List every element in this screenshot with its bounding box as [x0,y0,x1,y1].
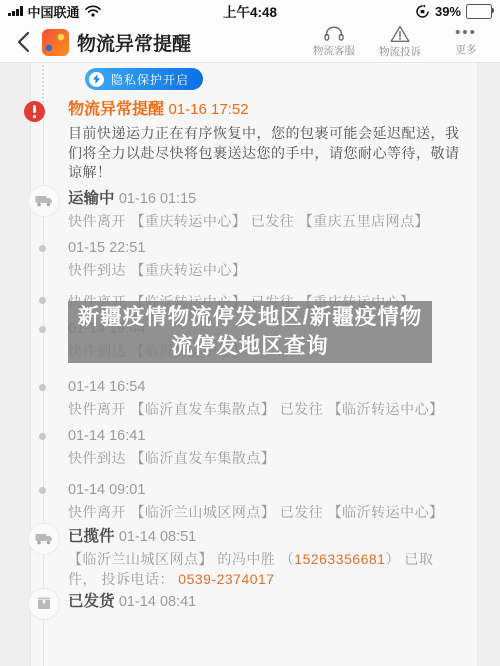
status-time: 01-14 09:01 [68,482,145,498]
back-button[interactable] [10,29,36,55]
status-detail: 快件离开 【重庆转运中心】 已发往 【重庆五里店网点】 [68,211,462,231]
status-time: 01-15 22:51 [68,240,145,256]
app-logo [42,29,69,56]
alert-exclamation-icon [24,101,45,122]
alert-title: 物流异常提醒 [68,101,164,118]
logistics-service-label: 物流客服 [313,43,355,58]
privacy-shield-icon [89,72,104,87]
status-time: 01-16 01:15 [119,191,196,207]
timeline-entry: 01-14 16:54 快件离开 【临沂直发车集散点】 已发往 【临沂转运中心】 [0,377,500,419]
more-icon: ••• [455,25,477,41]
timeline-dot [39,297,46,304]
watermark-line2: 流停发地区查询 [171,332,329,361]
timeline: 运输中 01-16 01:15 快件离开 【重庆转运中心】 已发往 【重庆五里店… [0,189,500,612]
headset-icon [323,25,345,42]
privacy-protection-label: 隐私保护开启 [111,71,189,88]
alert-section: 物流异常提醒 01-16 17:52 目前快递运力正在有序恢复中，您的包裹可能会… [0,99,500,183]
status-time: 01-14 08:51 [119,529,196,545]
status-bar: 中国联通 上午4:48 39% [0,0,500,22]
timeline-entry: 已揽件 01-14 08:51 【临沂兰山城区网点】 的冯中胜 （1526335… [0,527,500,589]
status-detail: 【临沂兰山城区网点】 的冯中胜 （15263356681） 已取件， 投诉电话：… [68,549,462,589]
tracking-content: 隐私保护开启 物流异常提醒 01-16 17:52 目前快递运力正在有序恢复中，… [0,63,500,666]
nav-bar: 物流异常提醒 物流客服 物流投诉 ••• 更多 [0,22,500,63]
alert-message: 目前快递运力正在有序恢复中，您的包裹可能会延迟配送，我们将全力以赴尽快将包裹送达… [68,124,462,183]
timeline-entry: 运输中 01-16 01:15 快件离开 【重庆转运中心】 已发往 【重庆五里店… [0,189,500,231]
timeline-entry: 01-14 16:41 快件到达 【临沂直发车集散点】 [0,426,500,468]
watermark-overlay: 新疆疫情物流停发地区/新疆疫情物 流停发地区查询 [68,301,432,363]
status-time: 01-14 16:41 [68,428,145,444]
more-label: 更多 [456,42,477,57]
privacy-protection-badge[interactable]: 隐私保护开启 [85,68,203,90]
warning-triangle-icon [390,25,410,43]
timeline-entry: 01-14 09:01 快件离开 【临沂兰山城区网点】 已发往 【临沂转运中心】 [0,480,500,522]
timeline-dot [39,245,46,252]
status-time: 01-14 08:41 [119,594,196,610]
status-detail: 快件离开 【临沂兰山城区网点】 已发往 【临沂转运中心】 [68,502,462,522]
alert-time: 01-16 17:52 [168,101,248,118]
battery-icon [466,4,492,19]
clock-label: 上午4:48 [0,1,500,21]
page-title: 物流异常提醒 [77,29,191,56]
status-label: 已发货 [68,593,115,610]
courier-phone-link[interactable]: 15263356681 [294,551,385,567]
pickup-truck-icon [28,523,60,555]
timeline-dot [39,326,46,333]
timeline-entry: 01-15 22:51 快件到达 【重庆转运中心】 [0,238,500,280]
chevron-left-icon [17,31,30,53]
more-button[interactable]: ••• 更多 [442,25,490,57]
status-label: 已揽件 [68,528,115,545]
timeline-entry: 已发货 01-14 08:41 [0,592,500,612]
app-window: 中国联通 上午4:48 39% 物流异常提醒 [0,0,500,666]
timeline-dot [39,384,46,391]
status-label: 运输中 [68,190,115,207]
package-shipped-icon [28,588,60,620]
status-detail: 快件到达 【重庆转运中心】 [68,260,462,280]
complaint-phone-link[interactable]: 0539-2374017 [178,571,274,587]
timeline-dot [39,433,46,440]
pickup-text: 【临沂兰山城区网点】 的冯中胜 （ [68,551,294,567]
logistics-service-button[interactable]: 物流客服 [310,25,358,58]
logistics-complaint-label: 物流投诉 [379,44,421,59]
status-detail: 快件到达 【临沂直发车集散点】 [68,448,462,468]
status-detail: 快件离开 【临沂直发车集散点】 已发往 【临沂转运中心】 [68,399,462,419]
status-time: 01-14 16:54 [68,379,145,395]
logistics-complaint-button[interactable]: 物流投诉 [376,25,424,59]
timeline-dot [39,487,46,494]
watermark-line1: 新疆疫情物流停发地区/新疆疫情物 [78,303,422,332]
truck-status-icon [28,185,60,217]
